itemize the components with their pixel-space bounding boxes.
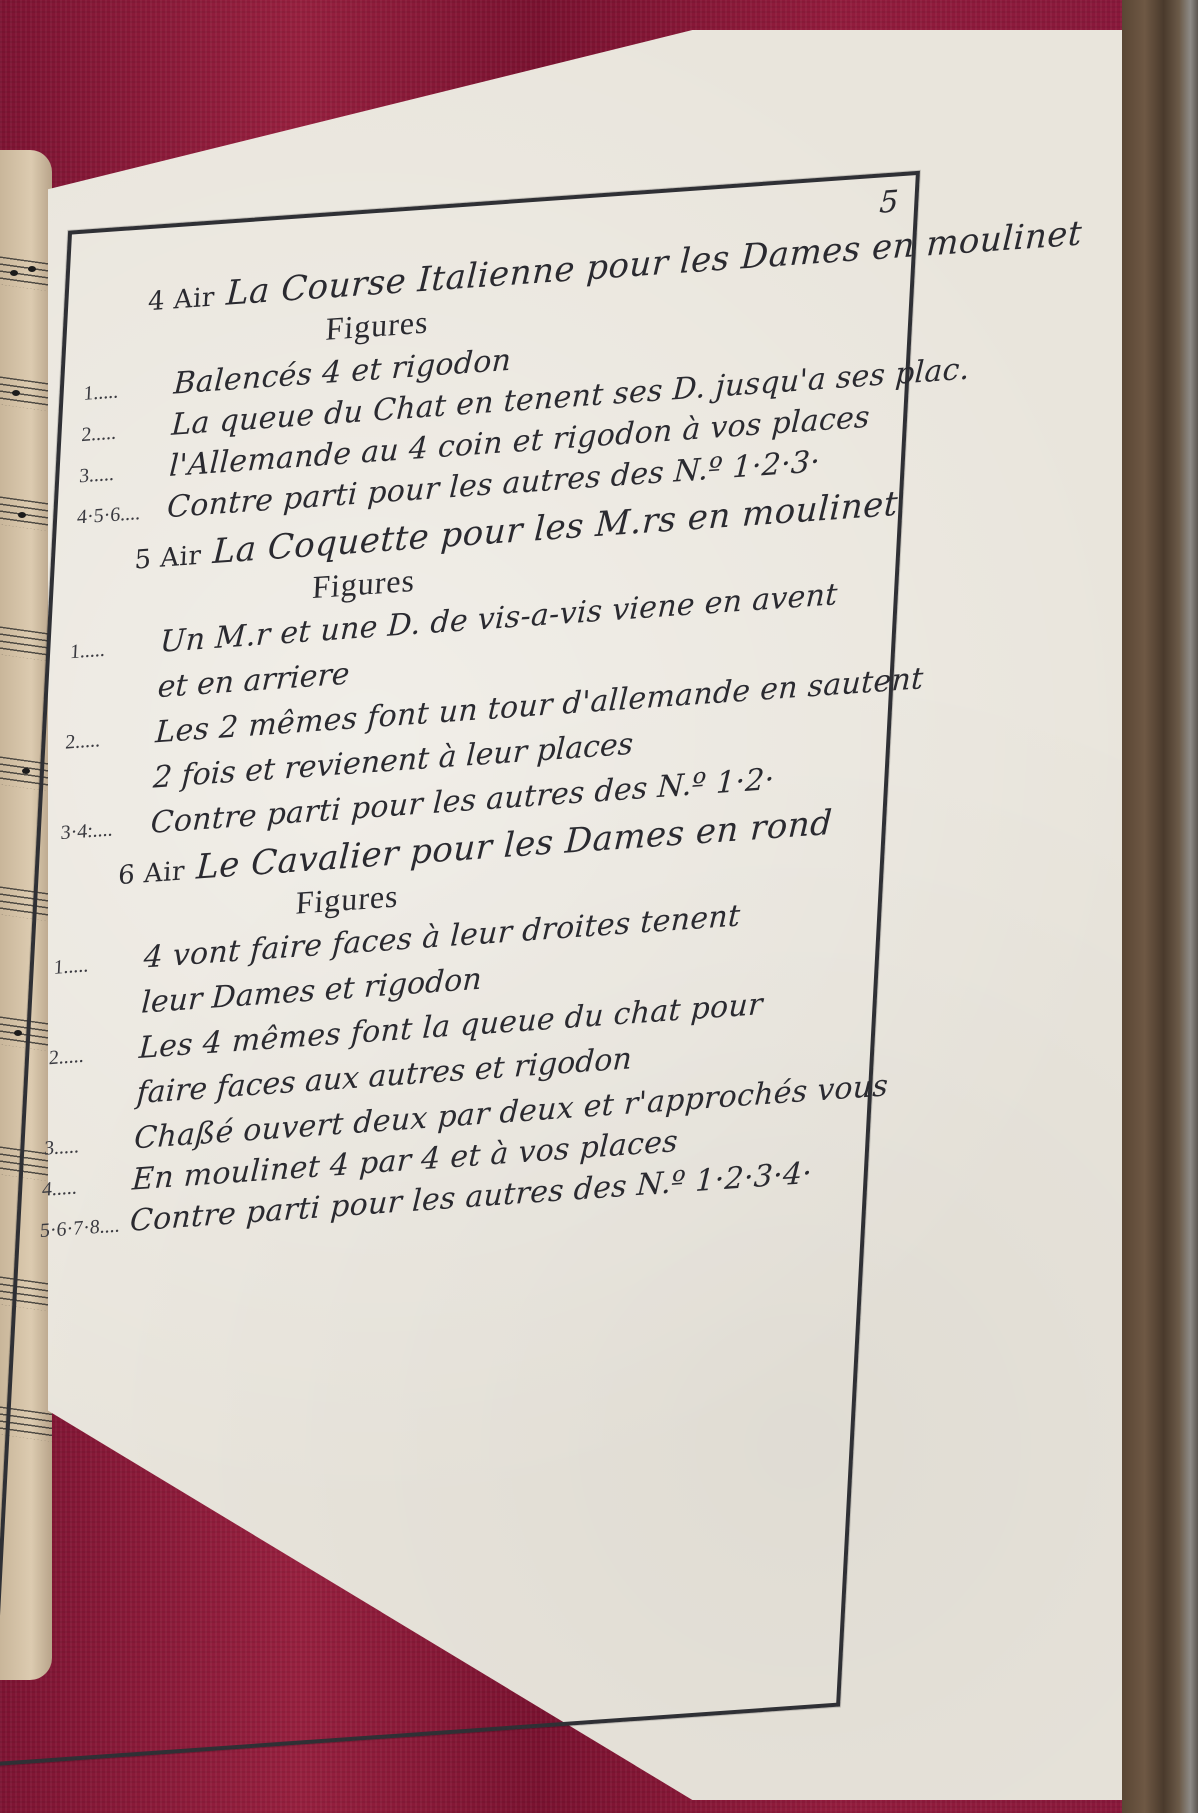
figure-number: 1..... [53, 950, 144, 979]
figure-number: 2..... [65, 725, 156, 754]
figure-number: 2..... [48, 1041, 139, 1070]
figure-number: 3·4:.... [60, 816, 151, 845]
figure-number: 4·5·6.... [76, 500, 167, 529]
music-note [22, 768, 30, 774]
dance-instructions: 4 Air La Course Italienne pour les Dames… [39, 217, 894, 1251]
figure-number: 3..... [44, 1131, 135, 1160]
figure-number: 1..... [69, 635, 160, 664]
section-air-6: 6 Air Le Cavalier pour les Dames en rond… [39, 801, 863, 1246]
figure-number: 5·6·7·8.... [39, 1214, 130, 1243]
book-spine-edge [1122, 0, 1198, 1813]
section-air-5: 5 Air La Coquette pour les M.rs en mouli… [60, 485, 880, 847]
air-number: 5 Air [134, 541, 202, 576]
music-note [18, 512, 26, 518]
music-note [10, 270, 18, 276]
engraved-plate: 5 4 Air La Course Italienne pour les Dam… [0, 20, 935, 1769]
figure-number: 1..... [83, 377, 174, 406]
air-number: 4 Air [147, 282, 215, 317]
plate-border: 5 4 Air La Course Italienne pour les Dam… [0, 171, 920, 1767]
music-note [28, 266, 36, 272]
air-number: 6 Air [117, 856, 185, 891]
music-note [12, 390, 20, 396]
figure-number: 3..... [79, 459, 170, 488]
section-air-4: 4 Air La Course Italienne pour les Dames… [76, 227, 893, 532]
figure-number: 4..... [41, 1173, 132, 1202]
figure-number: 2..... [81, 418, 172, 447]
music-note [14, 1030, 22, 1036]
book-page: 5 4 Air La Course Italienne pour les Dam… [40, 0, 1122, 1813]
page-number: 5 [878, 184, 899, 221]
